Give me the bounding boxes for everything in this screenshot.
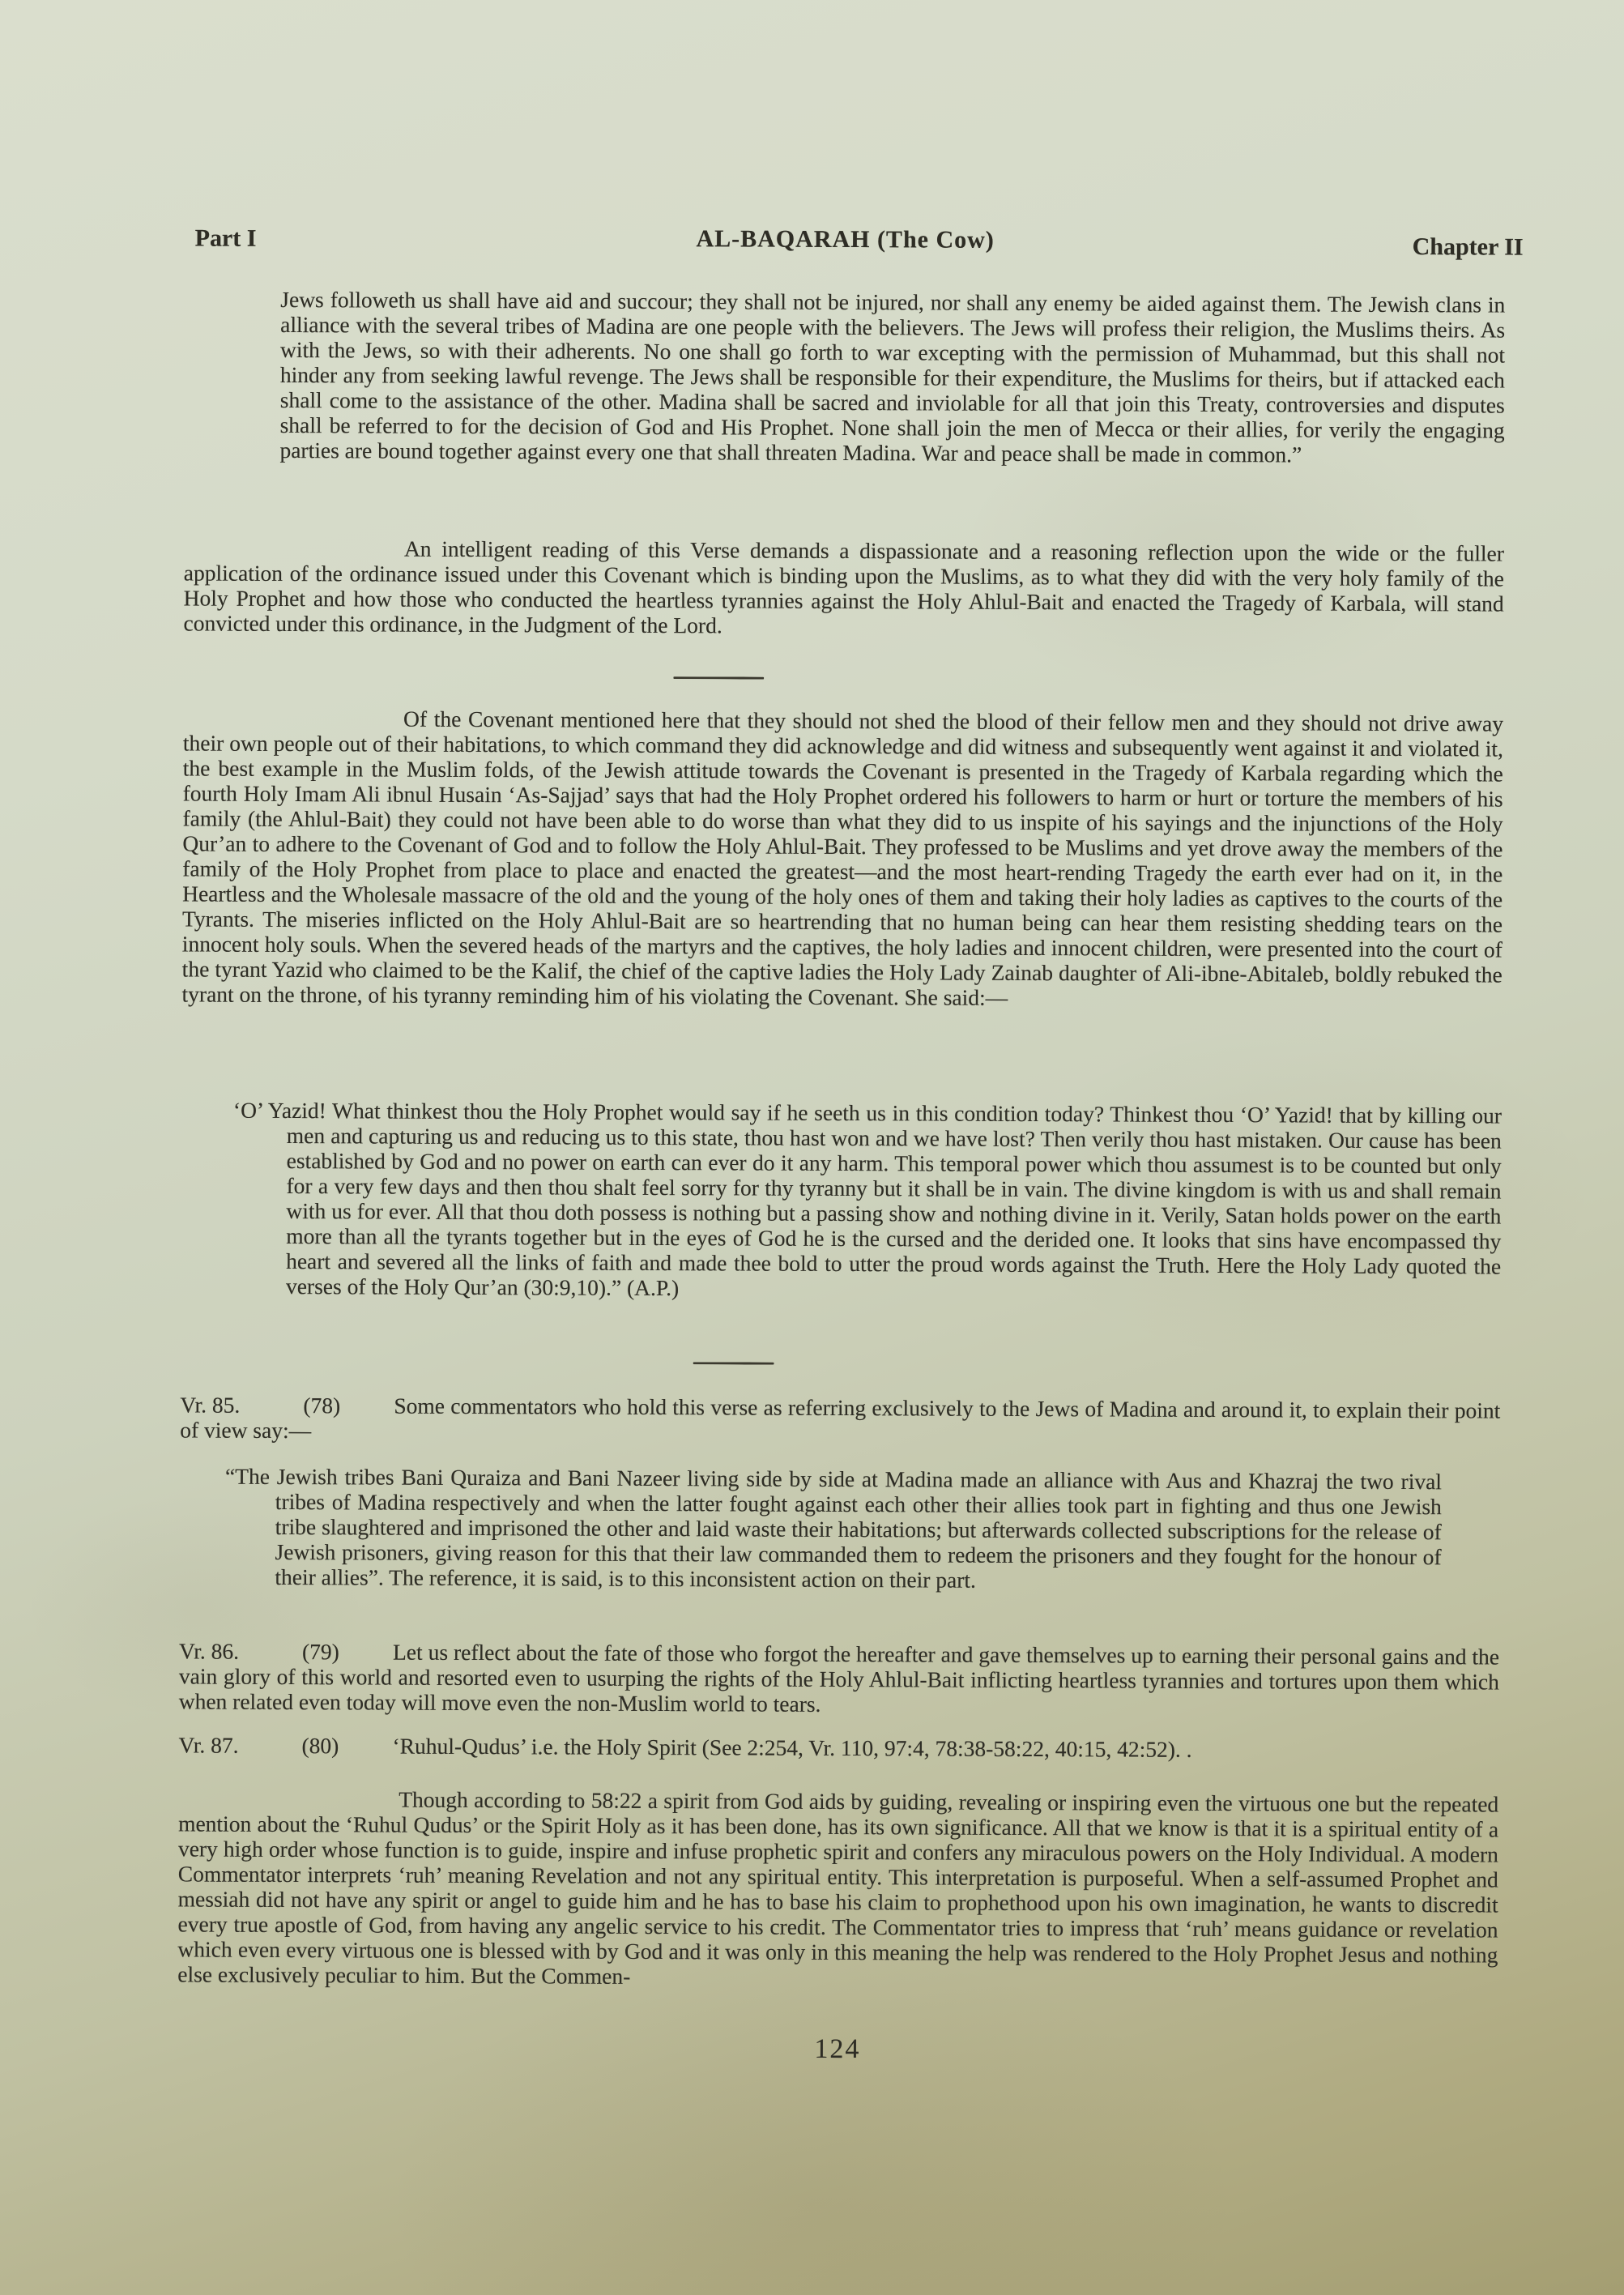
section-divider-rule xyxy=(673,676,764,679)
commentary-paragraph-covenant: Of the Covenant mentioned here that they… xyxy=(182,705,1504,1012)
treaty-quote-paragraph: Jews followeth us shall have aid and suc… xyxy=(279,287,1505,468)
verse-85-label: Vr. 85. xyxy=(180,1392,303,1418)
verse-85-paragraph: Vr. 85.(78)Some commentators who hold th… xyxy=(180,1392,1500,1448)
chapter-label: Chapter II xyxy=(1413,234,1524,260)
jewish-tribes-quote-paragraph: “The Jewish tribes Bani Quraiza and Bani… xyxy=(275,1464,1442,1594)
verse-86-paragraph: Vr. 86.(79)Let us reflect about the fate… xyxy=(179,1638,1499,1719)
page-content: Part I AL-BAQARAH (The Cow) Chapter II J… xyxy=(177,0,1507,2295)
commentary-paragraph-intelligent-reading: An intelligent reading of this Verse dem… xyxy=(184,535,1505,641)
page-number: 124 xyxy=(177,2033,1498,2064)
verse-87-paragraph: Vr. 87.(80)‘Ruhul-Qudus’ i.e. the Holy S… xyxy=(178,1732,1498,1763)
lady-zainab-quote-paragraph: ‘O’ Yazid! What thinkest thou the Holy P… xyxy=(286,1098,1502,1304)
section-divider-rule xyxy=(693,1362,774,1364)
verse-85-number: (78) xyxy=(303,1393,394,1418)
verse-87-text: ‘Ruhul-Qudus’ i.e. the Holy Spirit (See … xyxy=(392,1734,1191,1762)
verse-86-label: Vr. 86. xyxy=(179,1638,302,1664)
verse-86-number: (79) xyxy=(302,1639,393,1664)
scanned-book-page: Part I AL-BAQARAH (The Cow) Chapter II J… xyxy=(0,0,1624,2295)
verse-87-label: Vr. 87. xyxy=(178,1732,301,1758)
page-header: Part I AL-BAQARAH (The Cow) Chapter II xyxy=(185,225,1506,263)
commentary-paragraph-ruhul-qudus: Though according to 58:22 a spirit from … xyxy=(177,1785,1498,1992)
verse-87-number: (80) xyxy=(301,1733,392,1758)
page-title: AL-BAQARAH (The Cow) xyxy=(185,224,1506,254)
